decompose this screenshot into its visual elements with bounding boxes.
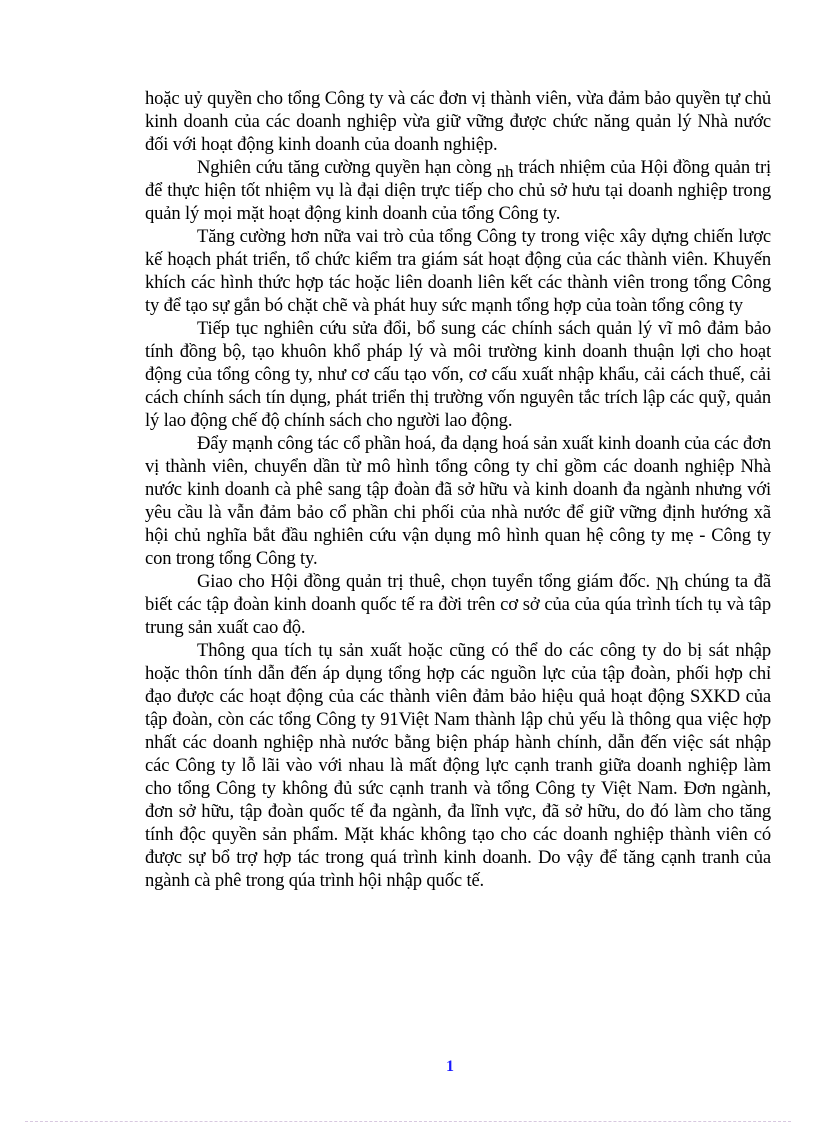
paragraph-6-fragment: Nh bbox=[656, 574, 679, 595]
paragraph-2: Nghiên cứu tăng cường quyền hạn còng nh … bbox=[145, 156, 771, 225]
paragraph-6: Giao cho Hội đồng quản trị thuê, chọn tu… bbox=[145, 570, 771, 639]
page-bottom-border bbox=[25, 1121, 791, 1122]
paragraph-4: Tiếp tục nghiên cứu sửa đổi, bổ sung các… bbox=[145, 317, 771, 432]
paragraph-6-text-before: Giao cho Hội đồng quản trị thuê, chọn tu… bbox=[197, 571, 656, 592]
paragraph-3: Tăng cường hơn nữa vai trò của tổng Công… bbox=[145, 225, 771, 317]
paragraph-2-text-before: Nghiên cứu tăng cường quyền hạn còng bbox=[197, 157, 492, 178]
paragraph-1: hoặc uỷ quyền cho tổng Công ty và các đơ… bbox=[145, 87, 771, 156]
paragraph-2-fragment: nh bbox=[497, 162, 514, 181]
paragraph-5: Đẩy mạnh công tác cổ phần hoá, đa dạng h… bbox=[145, 432, 771, 570]
page-number: 1 bbox=[0, 1058, 816, 1076]
document-body: hoặc uỷ quyền cho tổng Công ty và các đơ… bbox=[145, 87, 771, 892]
paragraph-7: Thông qua tích tụ sản xuất hoặc cũng có … bbox=[145, 639, 771, 892]
